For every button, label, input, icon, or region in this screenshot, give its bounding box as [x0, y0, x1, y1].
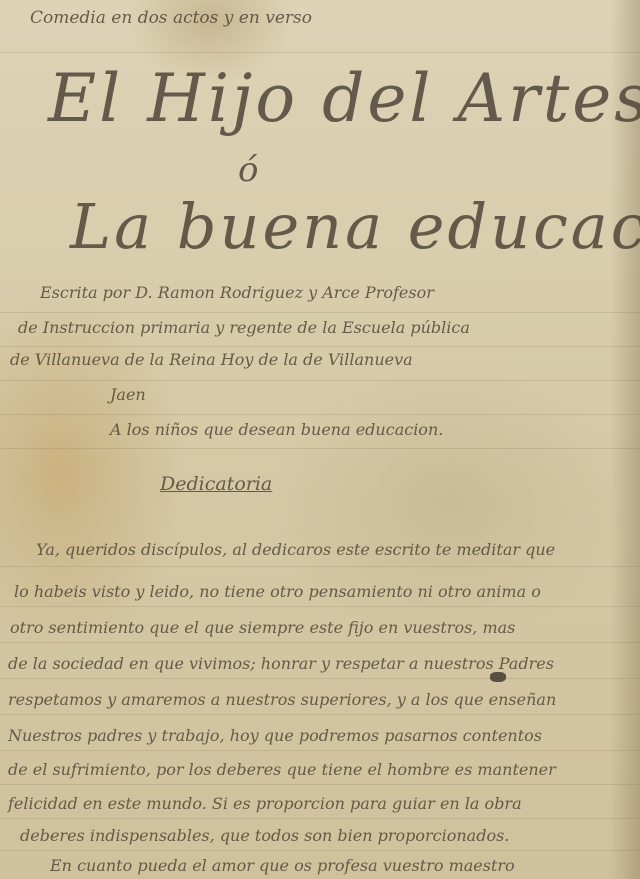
page-edge-shadow	[610, 0, 640, 879]
ruled-line	[0, 380, 640, 381]
byline-line: de Villanueva de la Reina Hoy de la de V…	[10, 350, 413, 369]
body-line: otro sentimiento que el que siempre este…	[10, 618, 515, 637]
ruled-line	[0, 414, 640, 415]
body-line: Ya, queridos discípulos, al dedicaros es…	[36, 540, 555, 559]
ruled-line	[0, 784, 640, 785]
ruled-line	[0, 850, 640, 851]
dedication-heading: Dedicatoria	[160, 473, 272, 495]
top-note: Comedia en dos actos y en verso	[30, 8, 312, 28]
body-line: lo habeis visto y leido, no tiene otro p…	[14, 582, 541, 601]
byline-line: Escrita por D. Ramon Rodriguez y Arce Pr…	[40, 283, 434, 302]
body-line: Nuestros padres y trabajo, hoy que podre…	[8, 726, 542, 745]
manuscript-page: Comedia en dos actos y en verso El Hijo …	[0, 0, 640, 879]
ruled-line	[0, 750, 640, 751]
title-line-1: El Hijo del Artesano	[48, 60, 640, 137]
ruled-line	[0, 678, 640, 679]
ruled-line	[0, 346, 640, 347]
ruled-line	[0, 312, 640, 313]
title-conjunction: ó	[238, 150, 261, 190]
body-line: felicidad en este mundo. Si es proporcio…	[8, 794, 522, 813]
body-line: En cuanto pueda el amor que os profesa v…	[50, 856, 515, 875]
ruled-line	[0, 606, 640, 607]
body-line: de el sufrimiento, por los deberes que t…	[8, 760, 556, 779]
byline-line: A los niños que desean buena educacion.	[110, 420, 443, 439]
ink-blot	[490, 672, 506, 682]
byline-line: Jaen	[110, 385, 146, 404]
ruled-line	[0, 714, 640, 715]
title-line-2: La buena educacion.	[70, 190, 640, 263]
ruled-line	[0, 818, 640, 819]
ruled-line	[0, 52, 640, 53]
body-line: respetamos y amaremos a nuestros superio…	[8, 690, 556, 709]
byline-line: de Instruccion primaria y regente de la …	[18, 318, 470, 337]
ruled-line	[0, 448, 640, 449]
ruled-line	[0, 566, 640, 567]
body-line: de la sociedad en que vivimos; honrar y …	[8, 654, 554, 673]
body-line: deberes indispensables, que todos son bi…	[20, 826, 509, 845]
ruled-line	[0, 642, 640, 643]
